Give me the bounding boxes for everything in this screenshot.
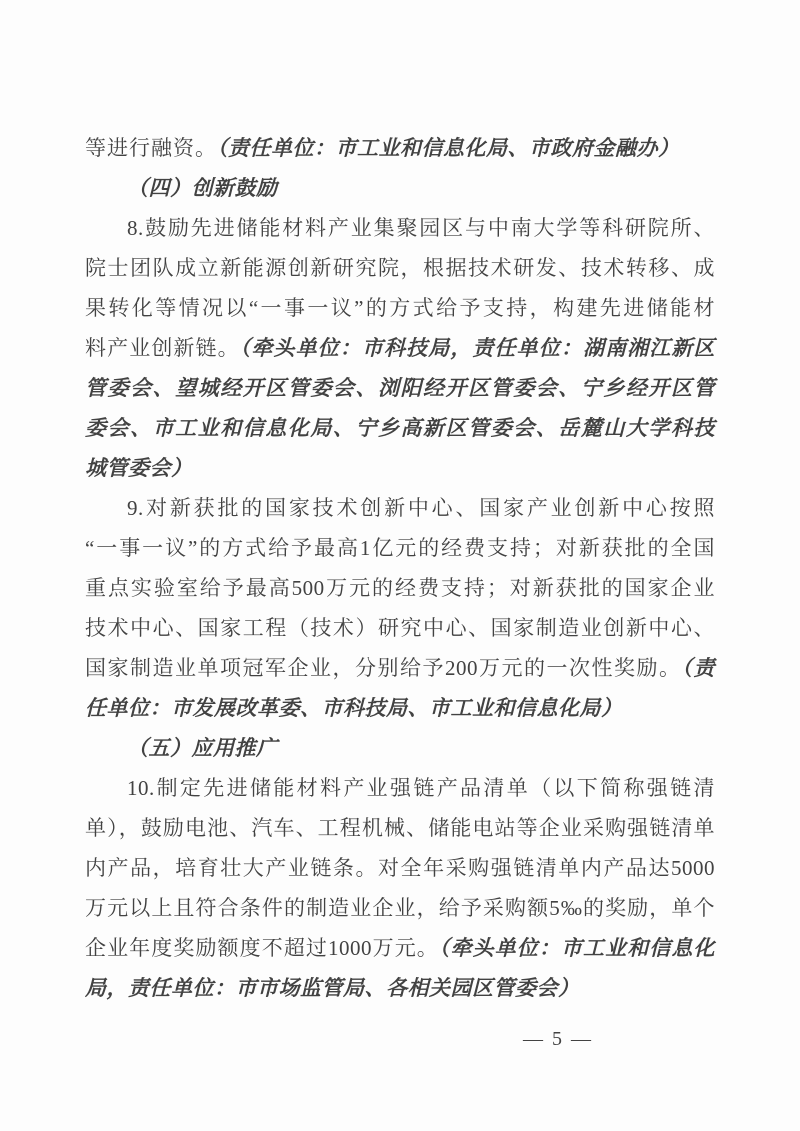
document-line: 局，责任单位：市市场监管局、各相关园区管委会）	[85, 968, 715, 1008]
body-text: 万元以上且符合条件的制造业企业，给予采购额5‰的奖励，单个	[85, 896, 715, 920]
body-text: 10.制定先进储能材料产业强链产品清单（以下简称强链清	[127, 776, 715, 800]
unit-attribution-text: 城管委会）	[85, 456, 193, 480]
document-line: 9.对新获批的国家技术创新中心、国家产业创新中心按照	[85, 488, 715, 528]
document-line: 万元以上且符合条件的制造业企业，给予采购额5‰的奖励，单个	[85, 888, 715, 928]
unit-attribution-text: （牵头单位：市科技局，责任单位：湖南湘江新区	[240, 336, 715, 360]
body-text: 重点实验室给予最高500万元的经费支持；对新获批的国家企业	[85, 576, 715, 600]
body-text: 技术中心、国家工程（技术）研究中心、国家制造业创新中心、	[85, 616, 715, 640]
document-line: 国家制造业单项冠军企业，分别给予200万元的一次性奖励。（责	[85, 648, 715, 688]
document-line: 任单位：市发展改革委、市科技局、市工业和信息化局）	[85, 688, 715, 728]
body-text: 内产品，培育壮大产业链条。对全年采购强链清单内产品达5000	[85, 856, 715, 880]
document-line: 10.制定先进储能材料产业强链产品清单（以下简称强链清	[85, 768, 715, 808]
body-text: 8.鼓励先进储能材料产业集聚园区与中南大学等科研院所、	[127, 216, 715, 240]
body-text: 国家制造业单项冠军企业，分别给予200万元的一次性奖励。	[85, 656, 682, 680]
body-text: 9.对新获批的国家技术创新中心、国家产业创新中心按照	[127, 496, 715, 520]
document-line: “一事一议”的方式给予最高1亿元的经费支持；对新获批的全国	[85, 528, 715, 568]
unit-attribution-text: 任单位：市发展改革委、市科技局、市工业和信息化局）	[85, 696, 623, 720]
unit-attribution-text: 局，责任单位：市市场监管局、各相关园区管委会）	[85, 976, 580, 1000]
body-text: 单），鼓励电池、汽车、工程机械、储能电站等企业采购强链清单	[85, 816, 715, 840]
document-line: 8.鼓励先进储能材料产业集聚园区与中南大学等科研院所、	[85, 208, 715, 248]
document-line: 等进行融资。（责任单位：市工业和信息化局、市政府金融办）	[85, 128, 715, 168]
unit-attribution-text: （牵头单位：市工业和信息化	[439, 936, 715, 960]
section-heading-line: （四）创新鼓励	[85, 168, 715, 208]
document-line: 城管委会）	[85, 448, 715, 488]
unit-attribution-text: （五）应用推广	[127, 736, 278, 760]
body-text: 院士团队成立新能源创新研究院，根据技术研发、技术转移、成	[85, 256, 715, 280]
body-text: 果转化等情况以“一事一议”的方式给予支持，构建先进储能材	[85, 296, 715, 320]
document-text-block: 等进行融资。（责任单位：市工业和信息化局、市政府金融办）（四）创新鼓励8.鼓励先…	[85, 128, 715, 1008]
body-text: “一事一议”的方式给予最高1亿元的经费支持；对新获批的全国	[85, 536, 715, 560]
unit-attribution-text: 管委会、望城经开区管委会、浏阳经开区管委会、宁乡经开区管	[85, 376, 715, 400]
unit-attribution-text: 委会、市工业和信息化局、宁乡高新区管委会、岳麓山大学科技	[85, 416, 715, 440]
document-page: 等进行融资。（责任单位：市工业和信息化局、市政府金融办）（四）创新鼓励8.鼓励先…	[0, 0, 800, 1131]
page-number: — 5 —	[85, 1024, 715, 1054]
document-line: 委会、市工业和信息化局、宁乡高新区管委会、岳麓山大学科技	[85, 408, 715, 448]
unit-attribution-text: （责	[682, 656, 716, 680]
unit-attribution-text: （四）创新鼓励	[127, 176, 278, 200]
section-heading-line: （五）应用推广	[85, 728, 715, 768]
document-line: 单），鼓励电池、汽车、工程机械、储能电站等企业采购强链清单	[85, 808, 715, 848]
document-line: 内产品，培育壮大产业链条。对全年采购强链清单内产品达5000	[85, 848, 715, 888]
document-line: 重点实验室给予最高500万元的经费支持；对新获批的国家企业	[85, 568, 715, 608]
body-text: 等进行融资。	[85, 136, 217, 160]
document-line: 料产业创新链。（牵头单位：市科技局，责任单位：湖南湘江新区	[85, 328, 715, 368]
document-line: 管委会、望城经开区管委会、浏阳经开区管委会、宁乡经开区管	[85, 368, 715, 408]
document-line: 果转化等情况以“一事一议”的方式给予支持，构建先进储能材	[85, 288, 715, 328]
document-line: 技术中心、国家工程（技术）研究中心、国家制造业创新中心、	[85, 608, 715, 648]
document-line: 企业年度奖励额度不超过1000万元。（牵头单位：市工业和信息化	[85, 928, 715, 968]
unit-attribution-text: （责任单位：市工业和信息化局、市政府金融办）	[217, 136, 680, 160]
body-text: 料产业创新链。	[85, 336, 240, 360]
body-text: 企业年度奖励额度不超过1000万元。	[85, 936, 439, 960]
document-line: 院士团队成立新能源创新研究院，根据技术研发、技术转移、成	[85, 248, 715, 288]
